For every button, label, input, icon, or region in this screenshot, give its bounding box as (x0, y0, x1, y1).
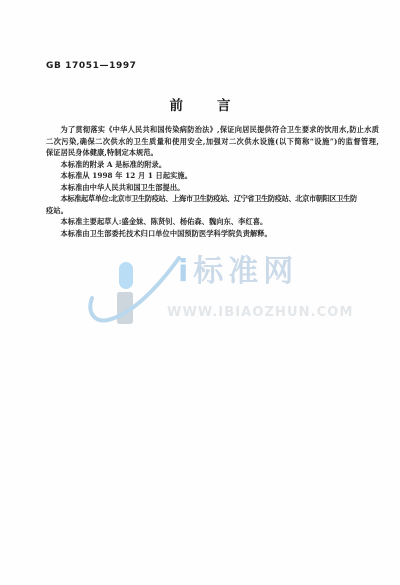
watermark: i标准网 WWW.IBIAOZHUN.COM (88, 256, 328, 331)
watermark-url: WWW.IBIAOZHUN.COM (167, 305, 354, 320)
foreword-line: 本标准由中华人民共和国卫生部提出。 (46, 182, 379, 194)
foreword-line: 本标准从 1998 年 12 月 1 日起实施。 (46, 170, 379, 182)
ibiaozhun-logo-icon (88, 256, 182, 328)
watermark-brand-i: i (178, 254, 193, 289)
document-page: GB 17051—1997 前 言 为了贯彻落实《中华人民共和国传染病防治法》,… (0, 0, 400, 585)
foreword-line: 本标准的附录 A 是标准的附录。 (46, 159, 379, 171)
foreword-line: 本标准起草单位:北京市卫生防疫站、上海市卫生防疫站、辽宁省卫生防疫站、北京市朝阳… (46, 193, 379, 205)
foreword-line: 本标准主要起草人:盛金妹、陈贤钊、杨佑森、魏向东、李红喜。 (46, 216, 379, 228)
page-title-char: 前 (170, 94, 184, 114)
watermark-brand-text: 标准网 (193, 254, 298, 289)
foreword-line: 二次污染,确保二次供水的卫生质量和使用安全,加强对二次供水设施(以下简称“设施”… (46, 136, 379, 148)
foreword-line: 保证居民身体健康,特制定本规范。 (46, 147, 379, 159)
page-title: 前 言 (0, 94, 400, 114)
foreword-line: 疫站。 (46, 205, 379, 217)
page-title-char: 言 (217, 94, 231, 114)
standard-number: GB 17051—1997 (46, 61, 137, 71)
foreword-text: 为了贯彻落实《中华人民共和国传染病防治法》,保证向居民提供符合卫生要求的饮用水,… (46, 124, 379, 239)
foreword-line: 本标准由卫生部委托技术归口单位中国预防医学科学院负责解释。 (46, 228, 379, 240)
watermark-brand: i标准网 (178, 253, 298, 291)
foreword-line: 为了贯彻落实《中华人民共和国传染病防治法》,保证向居民提供符合卫生要求的饮用水,… (46, 124, 379, 136)
